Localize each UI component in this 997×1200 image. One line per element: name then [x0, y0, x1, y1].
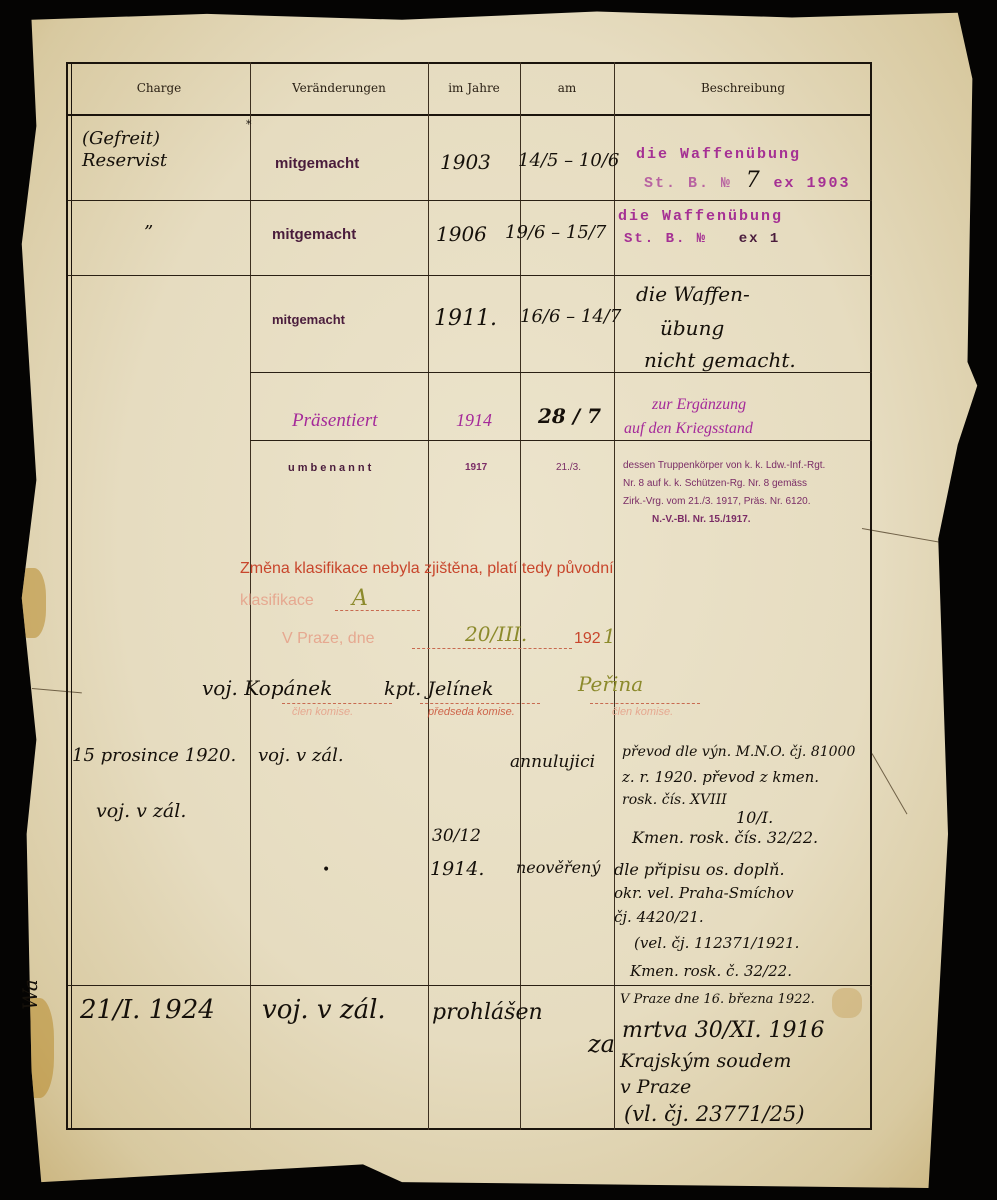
- cell-charge-ditto: ”: [144, 222, 153, 243]
- sig-label-middle: předseda komise.: [428, 706, 515, 718]
- cell-beschreibung-line1: die Waffenübung: [636, 146, 801, 163]
- signature-line-middle: [420, 703, 540, 704]
- header-am: am: [520, 62, 614, 114]
- stamp-date-field: [412, 648, 572, 649]
- cell-am-label: annulujici: [510, 752, 595, 772]
- cell-charge: (Gefreit) Reservist: [82, 128, 242, 172]
- stamp-prefix: St. B. №: [644, 175, 732, 192]
- water-stain: [18, 998, 54, 1098]
- cell-jahr: 1914: [456, 410, 492, 431]
- cell-veraenderungen: Präsentiert: [292, 410, 378, 432]
- cell-beschreibung2-line2: dle připisu os. doplň.: [614, 860, 785, 879]
- cell-jahr: 1903: [440, 150, 491, 174]
- cell-beschreibung-line1: dessen Truppenkörper von k. k. Ldw.-Inf.…: [623, 460, 825, 471]
- stamp-suffix: ex 1: [739, 231, 781, 247]
- signature-right: Peřina: [578, 672, 643, 696]
- cell-charge-line2: voj. v zál.: [96, 800, 186, 822]
- stamp-prefix: St. B. №: [624, 231, 707, 247]
- cell-beschreibung-line2: auf den Kriegsstand: [624, 420, 753, 438]
- stamp-date-value: 20/III.: [465, 622, 527, 646]
- paper-crack: [862, 528, 951, 545]
- column-divider: [428, 62, 429, 1130]
- cell-charge: 21/I. 1924: [80, 995, 215, 1025]
- ink-dot: •: [322, 862, 330, 878]
- cell-beschreibung-line3: Zirk.-Vrg. vom 21./3. 1917, Präs. Nr. 61…: [623, 496, 811, 507]
- row-divider: [68, 200, 872, 201]
- cell-jahr-date: 30/12: [432, 826, 481, 846]
- sig-label-right: člen komise.: [612, 706, 673, 718]
- cell-am-status: neověřený: [516, 858, 600, 877]
- cell-jahr: prohlášen: [432, 1000, 543, 1025]
- cell-jahr: 1911.: [434, 306, 497, 331]
- cell-beschreibung-line2: St. B. № 7 ex 1903: [644, 168, 851, 193]
- sig-label-left: člen komise.: [292, 706, 353, 718]
- cell-beschreibung-line1: zur Ergänzung: [652, 396, 746, 414]
- cell-beschreibung-line2: z. r. 1920. převod z kmen.: [622, 768, 819, 786]
- paper-crack: [872, 753, 908, 814]
- cell-beschreibung-line2: mrtva 30/XI. 1916: [622, 1018, 825, 1043]
- margin-note: Wa: [18, 979, 42, 1010]
- cell-veraenderungen: mitgemacht: [272, 226, 356, 243]
- cell-beschreibung-line4: v Praze: [620, 1076, 691, 1098]
- stamp-klasifikace-value: A: [352, 586, 368, 611]
- signature-line-left: [282, 703, 392, 704]
- column-divider: [614, 62, 615, 1130]
- handwritten-number: 7: [746, 168, 760, 193]
- header-beschreibung: Beschreibung: [614, 62, 872, 114]
- cell-beschreibung-line1: die Waffenübung: [618, 208, 783, 225]
- cell-veraenderungen: mitgemacht: [272, 312, 345, 327]
- row-divider: [68, 275, 872, 276]
- cell-beschreibung-line1: die Waffen-: [636, 282, 750, 306]
- signature-middle: kpt. Jelínek: [384, 678, 493, 700]
- cell-beschreibung-line4: 10/I.: [736, 808, 773, 827]
- stamp-klasifikace-label: klasifikace: [240, 592, 314, 610]
- cell-jahr-year: 1914.: [430, 858, 484, 880]
- cell-beschreibung-line2: St. B. № ex 1: [624, 231, 780, 247]
- cell-beschreibung2-line5: (vel. čj. 112371/1921.: [634, 934, 799, 952]
- cell-charge-mark: *: [246, 118, 252, 131]
- stamp-klasifikace-field: [335, 610, 420, 611]
- cell-veraenderungen: umbenannt: [288, 462, 374, 474]
- cell-beschreibung-line4: N.-V.-Bl. Nr. 15./1917.: [652, 514, 751, 525]
- cell-beschreibung-line3: rosk. čís. XVIII: [622, 792, 727, 808]
- cell-am: 14/5 – 10/6: [518, 150, 619, 171]
- cell-am: 21./3.: [556, 462, 581, 473]
- header-im-jahre: im Jahre: [428, 62, 520, 114]
- stamp-place-label: V Praze, dne: [282, 630, 375, 648]
- signature-line-right: [590, 703, 700, 704]
- signature-left: voj. Kopánek: [202, 676, 332, 700]
- cell-charge-line1: 15 prosince 1920.: [72, 745, 236, 766]
- cell-beschreibung-line1: převod dle výn. M.N.O. čj. 81000: [622, 744, 855, 760]
- cell-beschreibung2-line3: okr. vel. Praha-Smíchov: [614, 884, 794, 902]
- cell-veraenderungen: voj. v zál.: [262, 995, 386, 1025]
- cell-beschreibung-line2: Nr. 8 auf k. k. Schützen-Rg. Nr. 8 gemäs…: [623, 478, 807, 489]
- cell-beschreibung-line5: (vl. čj. 23771/25): [624, 1102, 805, 1126]
- stamp-year-suffix: 1: [603, 624, 616, 648]
- cell-jahr: 1917: [465, 462, 487, 473]
- water-stain: [16, 568, 46, 638]
- header-veraenderungen: Veränderungen: [250, 62, 428, 114]
- cell-beschreibung-line1: V Praze dne 16. března 1922.: [620, 992, 815, 1007]
- row-divider: [250, 440, 872, 441]
- stamp-suffix: ex 1903: [774, 175, 851, 192]
- row-divider: [68, 985, 872, 986]
- cell-am: 28 / 7: [538, 404, 601, 428]
- cell-am: za: [588, 1030, 615, 1058]
- cell-beschreibung-line3: nicht gemacht.: [644, 348, 796, 372]
- stamp-line1: Změna klasifikace nebyla zjištěna, platí…: [240, 560, 614, 578]
- header-divider: [66, 114, 872, 116]
- cell-beschreibung2-line4: čj. 4420/21.: [614, 908, 704, 926]
- cell-veraenderungen: mitgemacht: [275, 155, 359, 172]
- cell-veraenderungen: voj. v zál.: [258, 745, 344, 766]
- row-divider: [250, 372, 872, 373]
- cell-beschreibung-line2: übung: [660, 316, 724, 340]
- cell-beschreibung-line3: Krajským soudem: [620, 1050, 791, 1072]
- header-charge: Charge: [68, 62, 250, 114]
- cell-beschreibung2-line6: Kmen. rosk. č. 32/22.: [630, 962, 792, 980]
- cell-jahr: 1906: [436, 222, 487, 246]
- stamp-year-prefix: 192: [574, 630, 601, 648]
- cell-beschreibung2-line1: Kmen. rosk. čís. 32/22.: [632, 828, 818, 847]
- cell-am: 16/6 – 14/7: [520, 306, 621, 327]
- cell-am: 19/6 – 15/7: [505, 222, 606, 243]
